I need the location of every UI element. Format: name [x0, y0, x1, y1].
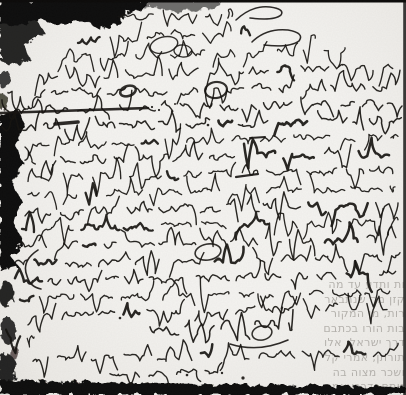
handwriting-layer	[0, 0, 406, 395]
paper-grain	[0, 0, 406, 395]
manuscript-scan: ות ותדע עד מהקזן מה שנתבאררות, מן המקורב…	[0, 0, 406, 395]
